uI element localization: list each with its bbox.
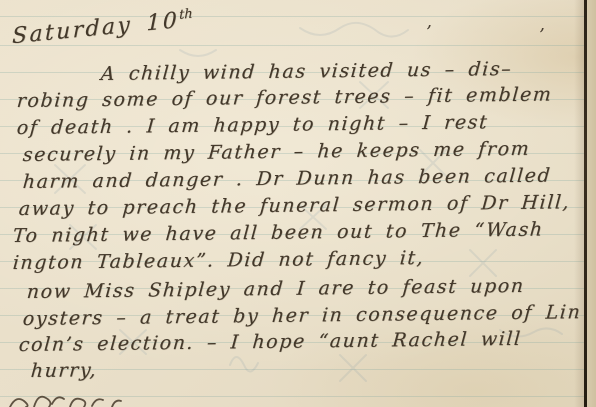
ink-mark: ’ — [539, 25, 545, 46]
handwriting-line: hurry, — [30, 359, 98, 382]
handwriting-line: A chilly wind has visited us – dis– — [100, 58, 513, 85]
entry-date-heading: Saturday 10th — [12, 6, 193, 49]
handwriting-line: robing some of our forest trees – fit em… — [16, 83, 553, 112]
page-edge-shadow — [574, 0, 584, 407]
handwriting-line: To night we have all been out to The “Wa… — [12, 218, 545, 247]
handwriting-line: oysters – a treat by her in consequence … — [22, 301, 582, 330]
partial-next-line — [10, 397, 121, 407]
entry-date-ordinal: th — [179, 6, 193, 22]
entry-date-text: Saturday 10 — [12, 8, 179, 49]
handwriting-line: harm and danger . Dr Dunn has been calle… — [22, 165, 552, 193]
handwriting-line: coln’s election. – I hope “aunt Rachel w… — [18, 328, 523, 356]
handwriting-line: ington Tableaux”. Did not fancy it, — [12, 247, 425, 274]
handwriting-line: now Miss Shipley and I are to feast upon — [26, 275, 525, 303]
handwriting-line: away to preach the funeral sermon of Dr … — [18, 191, 571, 220]
page-edge-strip — [587, 0, 596, 407]
ink-mark: ’ — [426, 22, 432, 43]
diary-page-scan: Saturday 10th ’ ’ A chilly wind has visi… — [0, 0, 596, 407]
handwriting-line: of death . I am happy to night – I rest — [16, 111, 489, 139]
handwriting-line: securely in my Father – he keeps me from — [22, 138, 531, 166]
